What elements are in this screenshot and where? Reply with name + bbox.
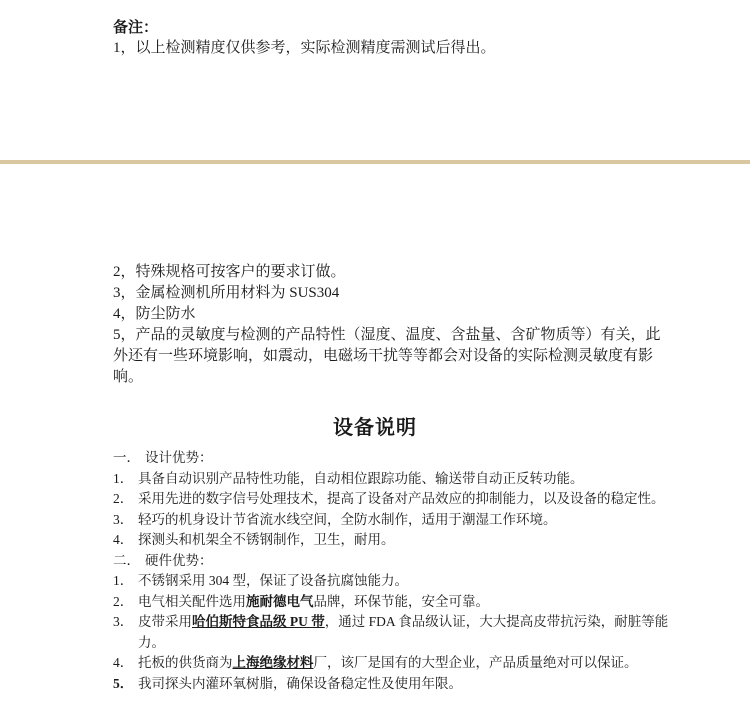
list-item: 1． 具备自动识别产品特性功能，自动相位跟踪功能、输送带自动正反转功能。: [113, 469, 673, 490]
list-item: 2． 采用先进的数字信号处理技术，提高了设备对产品效应的抑制能力，以及设备的稳定…: [113, 489, 673, 510]
item-text-pre: 托板的供货商为: [138, 655, 233, 670]
item-number: 4．: [113, 653, 138, 674]
note-item-3: 3，金属检测机所用材料为 SUS304: [113, 283, 673, 304]
item-number: 1．: [113, 571, 138, 592]
notes-heading: 备注：: [113, 18, 673, 38]
group-heading-design: 一． 设计优势：: [113, 448, 673, 469]
equipment-section-title: 设备说明: [0, 414, 750, 440]
item-text: 轻巧的机身设计节省流水线空间，全防水制作，适用于潮湿工作环境。: [138, 510, 673, 531]
item-text: 探测头和机架全不锈钢制作，卫生，耐用。: [138, 530, 673, 551]
group-title: 硬件优势：: [145, 551, 673, 572]
brand-highlight: 施耐德电气: [246, 594, 314, 609]
note-item-4: 4，防尘防水: [113, 304, 673, 325]
note-item-5: 5，产品的灵敏度与检测的产品特性（湿度、温度、含盐量、含矿物质等）有关，此外还有…: [113, 325, 673, 388]
item-number: 2．: [113, 489, 138, 510]
item-text: 不锈钢采用 304 型，保证了设备抗腐蚀能力。: [138, 571, 673, 592]
item-text: 皮带采用哈伯斯特食品级 PU 带，通过 FDA 食品级认证，大大提高皮带抗污染，…: [138, 612, 673, 653]
list-item: 2． 电气相关配件选用施耐德电气品牌，环保节能，安全可靠。: [113, 592, 673, 613]
list-item: 4． 托板的供货商为上海绝缘材料厂，该厂是国有的大型企业，产品质量绝对可以保证。: [113, 653, 673, 674]
item-text-post: 厂，该厂是国有的大型企业，产品质量绝对可以保证。: [314, 655, 638, 670]
item-number: 1．: [113, 469, 138, 490]
item-number: 3．: [113, 612, 138, 633]
item-number: 4．: [113, 530, 138, 551]
list-item: 3． 皮带采用哈伯斯特食品级 PU 带，通过 FDA 食品级认证，大大提高皮带抗…: [113, 612, 673, 653]
item-text: 具备自动识别产品特性功能，自动相位跟踪功能、输送带自动正反转功能。: [138, 469, 673, 490]
equipment-spec-list: 一． 设计优势： 1． 具备自动识别产品特性功能，自动相位跟踪功能、输送带自动正…: [113, 448, 673, 694]
group-number: 一．: [113, 448, 145, 469]
item-text-pre: 电气相关配件选用: [138, 594, 246, 609]
item-text: 我司探头内灌环氧树脂，确保设备稳定性及使用年限。: [138, 674, 673, 695]
item-text-pre: 皮带采用: [138, 614, 192, 629]
note-item-1: 1，以上检测精度仅供参考，实际检测精度需测试后得出。: [113, 38, 673, 58]
list-item: 1． 不锈钢采用 304 型，保证了设备抗腐蚀能力。: [113, 571, 673, 592]
brand-highlight: 上海绝缘材料: [233, 655, 314, 670]
page-divider: [0, 160, 750, 164]
notes-bottom-section: 2，特殊规格可按客户的要求订做。 3，金属检测机所用材料为 SUS304 4，防…: [113, 262, 673, 388]
brand-highlight: 哈伯斯特食品级 PU 带: [192, 614, 325, 629]
notes-top-section: 备注： 1，以上检测精度仅供参考，实际检测精度需测试后得出。: [113, 18, 673, 58]
group-heading-hardware: 二． 硬件优势：: [113, 551, 673, 572]
item-text: 采用先进的数字信号处理技术，提高了设备对产品效应的抑制能力，以及设备的稳定性。: [138, 489, 673, 510]
item-text: 托板的供货商为上海绝缘材料厂，该厂是国有的大型企业，产品质量绝对可以保证。: [138, 653, 673, 674]
item-text-post: 品牌，环保节能，安全可靠。: [314, 594, 490, 609]
list-item: 4． 探测头和机架全不锈钢制作，卫生，耐用。: [113, 530, 673, 551]
group-number: 二．: [113, 551, 145, 572]
item-number: 5．: [113, 674, 138, 695]
item-number: 3．: [113, 510, 138, 531]
note-item-2: 2，特殊规格可按客户的要求订做。: [113, 262, 673, 283]
item-text: 电气相关配件选用施耐德电气品牌，环保节能，安全可靠。: [138, 592, 673, 613]
item-number: 2．: [113, 592, 138, 613]
list-item: 5． 我司探头内灌环氧树脂，确保设备稳定性及使用年限。: [113, 674, 673, 695]
group-title: 设计优势：: [145, 448, 673, 469]
list-item: 3． 轻巧的机身设计节省流水线空间，全防水制作，适用于潮湿工作环境。: [113, 510, 673, 531]
